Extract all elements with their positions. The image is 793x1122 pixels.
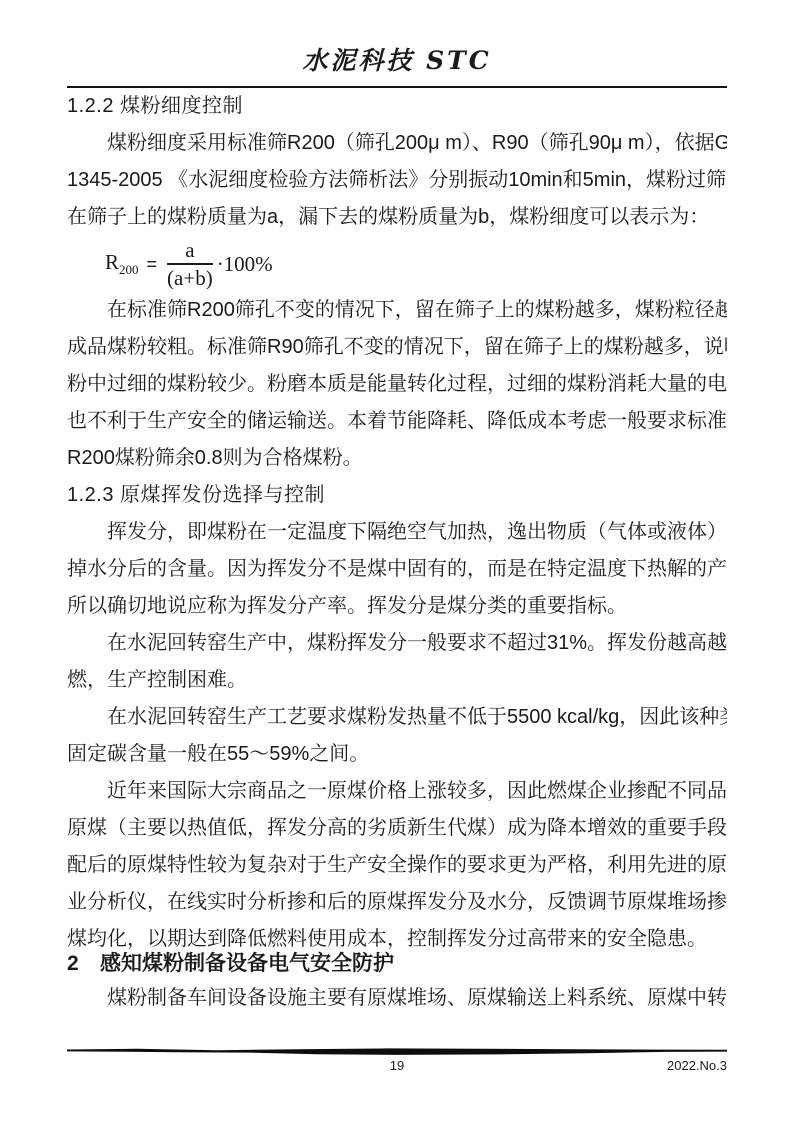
paragraph-line: 掉水分后的含量。因为挥发分不是煤中固有的，而是在特定温度下热解的产物， [67,551,727,588]
paragraph-line: 在水泥回转窑生产工艺要求煤粉发热量不低于5500 kcal/kg，因此该种类的煤 [67,699,727,736]
paragraph-line: 近年来国际大宗商品之一原煤价格上涨较多，因此燃煤企业掺配不同品位的 [67,773,727,810]
paragraph-line: 在标准筛R200筛孔不变的情况下，留在筛子上的煤粉越多，煤粉粒径越大， [67,292,727,329]
formula-numerator: a [167,239,213,264]
paragraph-line: 在筛子上的煤粉质量为a，漏下去的煤粉质量为b，煤粉细度可以表示为： [67,199,727,236]
paragraph-line: R200煤粉筛余0.8则为合格煤粉。 [67,440,727,477]
paragraph-sieve-analysis: 在标准筛R200筛孔不变的情况下，留在筛子上的煤粉越多，煤粉粒径越大， 成品煤粉… [67,292,727,477]
paragraph-calorific-value: 在水泥回转窑生产工艺要求煤粉发热量不低于5500 kcal/kg，因此该种类的煤… [67,699,727,773]
document-body: 1.2.2 煤粉细度控制 煤粉细度采用标准筛R200（筛孔200μ m）、R90… [67,88,727,1017]
paragraph-coal-blending: 近年来国际大宗商品之一原煤价格上涨较多，因此燃煤企业掺配不同品位的 原煤（主要以… [67,773,727,958]
formula-symbol: R200 [105,250,139,278]
paragraph-line: 配后的原煤特性较为复杂对于生产安全操作的要求更为严格，利用先进的原煤工 [67,847,727,884]
section-heading-1-2-3: 1.2.3 原煤挥发份选择与控制 [67,477,727,514]
paragraph-line: 也不利于生产安全的储运输送。本着节能降耗、降低成本考虑一般要求标准筛 [67,403,727,440]
page-footer: 19 2022.No.3 [67,1057,727,1075]
paragraph-line: 在水泥回转窑生产中，煤粉挥发分一般要求不超过31%。挥发份越高越易自 [67,625,727,662]
fineness-formula: R200 = a (a+b) ·100% [105,236,727,292]
paragraph-line: 1345-2005 《水泥细度检验方法筛析法》分别振动10min和5min，煤粉… [67,162,727,199]
paragraph-volatile-definition: 挥发分，即煤粉在一定温度下隔绝空气加热，逸出物质（气体或液体）中减 掉水分后的含… [67,514,727,625]
formula-factor: ·100% [217,252,273,277]
formula-equals-sign: = [147,254,158,275]
paragraph-volatile-limit: 在水泥回转窑生产中，煤粉挥发分一般要求不超过31%。挥发份越高越易自 燃，生产控… [67,625,727,699]
document-page: 水泥科技 STC 1.2.2 煤粉细度控制 煤粉细度采用标准筛R200（筛孔20… [0,0,793,1122]
paragraph-line: 业分析仪，在线实时分析掺和后的原煤挥发分及水分，反馈调节原煤堆场掺和配 [67,884,727,921]
paragraph-line: 所以确切地说应称为挥发分产率。挥发分是煤分类的重要指标。 [67,588,727,625]
formula-denominator: (a+b) [167,265,213,289]
paragraph-line: 挥发分，即煤粉在一定温度下隔绝空气加热，逸出物质（气体或液体）中减 [67,514,727,551]
paragraph-line: 成品煤粉较粗。标准筛R90筛孔不变的情况下，留在筛子上的煤粉越多，说明煤 [67,329,727,366]
formula-fraction: a (a+b) [167,239,213,288]
section-2-number: 2 [67,948,100,980]
page-header: 水泥科技 STC [67,0,727,88]
paragraph-line: 原煤（主要以热值低，挥发分高的劣质新生代煤）成为降本增效的重要手段。掺 [67,810,727,847]
paragraph-line: 粉中过细的煤粉较少。粉磨本质是能量转化过程，过细的煤粉消耗大量的电耗， [67,366,727,403]
paragraph-equipment-list: 煤粉制备车间设备设施主要有原煤堆场、原煤输送上料系统、原煤中转仓、 [67,980,727,1017]
paragraph-line: 煤粉细度采用标准筛R200（筛孔200μ m）、R90（筛孔90μ m），依据G… [67,125,727,162]
section-heading-1-2-2: 1.2.2 煤粉细度控制 [67,88,727,125]
footer-rule [67,1046,727,1056]
issue-label: 2022.No.3 [667,1057,727,1075]
formula-symbol-letter: R [105,250,119,274]
formula-subscript: 200 [119,262,139,277]
paragraph-line: 煤粉制备车间设备设施主要有原煤堆场、原煤输送上料系统、原煤中转仓、 [67,980,727,1017]
section-2-title: 感知煤粉制备设备电气安全防护 [100,952,394,975]
journal-title: 水泥科技 STC [67,44,727,78]
paragraph-line: 燃，生产控制困难。 [67,662,727,699]
paragraph-line: 固定碳含量一般在55～59%之间。 [67,736,727,773]
paragraph-fineness-intro: 煤粉细度采用标准筛R200（筛孔200μ m）、R90（筛孔90μ m），依据G… [67,125,727,236]
page-number: 19 [67,1057,727,1075]
